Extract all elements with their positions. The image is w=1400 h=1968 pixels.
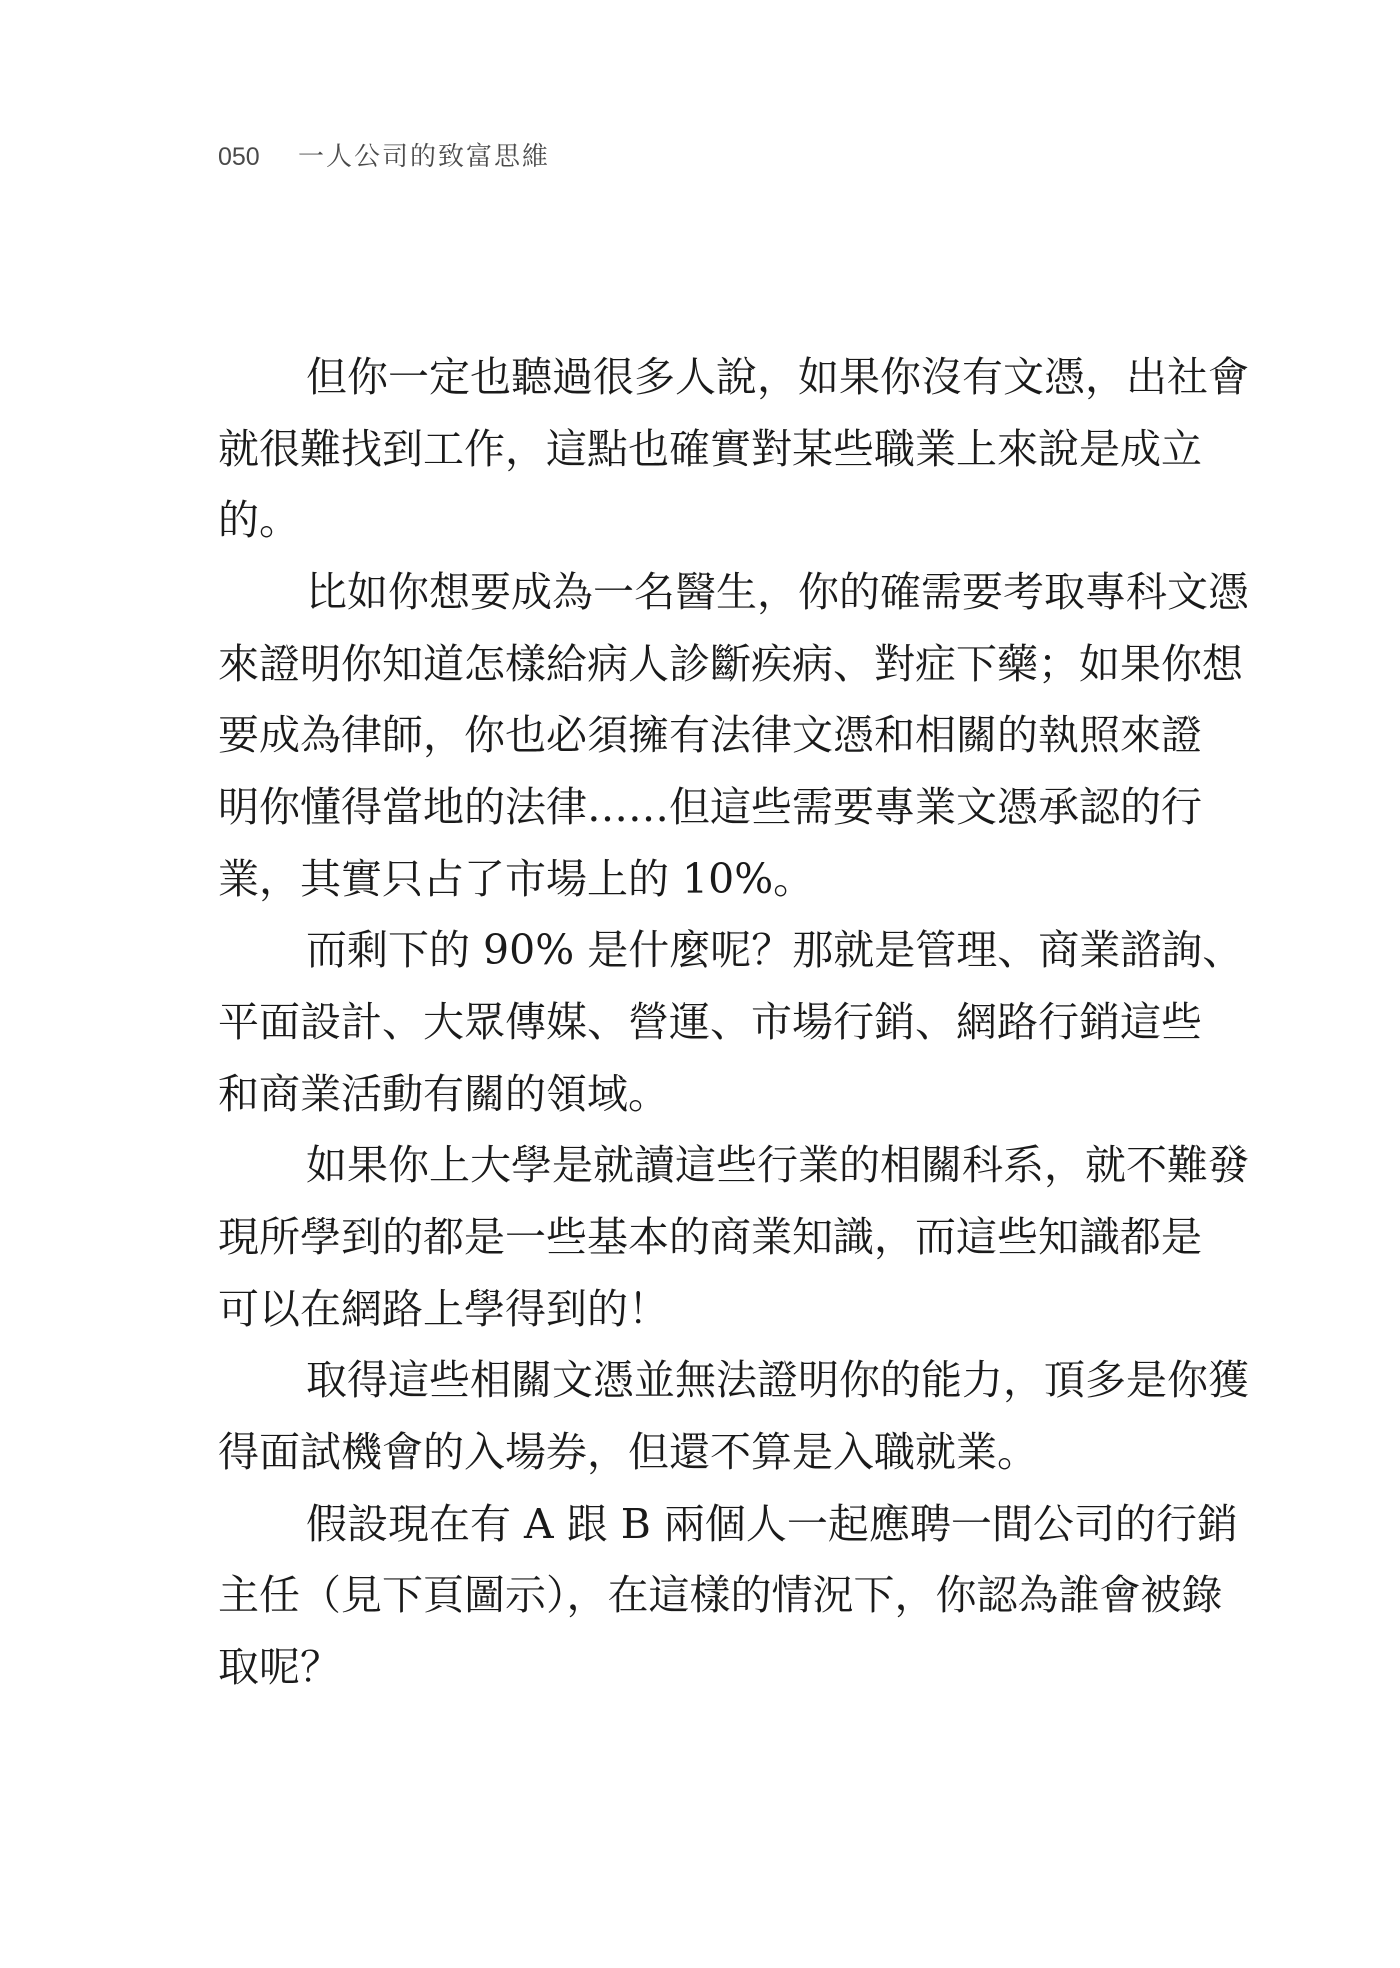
text-line: 假設現在有 A 跟 B 兩個人一起應聘一間公司的行銷 [218, 1489, 1162, 1561]
paragraph: 假設現在有 A 跟 B 兩個人一起應聘一間公司的行銷 主任（見下頁圖示），在這樣… [218, 1489, 1162, 1704]
text-line: 平面設計、大眾傳媒、營運、市場行銷、網路行銷這些 [218, 987, 1162, 1059]
body-text: 但你一定也聽過很多人說，如果你沒有文憑，出社會 就很難找到工作，這點也確實對某些… [218, 342, 1162, 1703]
text-line: 明你懂得當地的法律……但這些需要專業文憑承認的行 [218, 772, 1162, 844]
paragraph: 如果你上大學是就讀這些行業的相關科系，就不難發 現所學到的都是一些基本的商業知識… [218, 1130, 1162, 1345]
text-line: 取得這些相關文憑並無法證明你的能力，頂多是你獲 [218, 1345, 1162, 1417]
text-line: 和商業活動有關的領域。 [218, 1059, 1162, 1131]
book-title: 一人公司的致富思維 [298, 141, 550, 173]
page-number: 050 [218, 141, 260, 173]
text-line: 如果你上大學是就讀這些行業的相關科系，就不難發 [218, 1130, 1162, 1202]
text-line: 要成為律師，你也必須擁有法律文憑和相關的執照來證 [218, 700, 1162, 772]
running-head: 050 一人公司的致富思維 [218, 141, 550, 173]
text-line: 可以在網路上學得到的！ [218, 1274, 1162, 1346]
paragraph: 但你一定也聽過很多人說，如果你沒有文憑，出社會 就很難找到工作，這點也確實對某些… [218, 342, 1162, 557]
text-line: 而剩下的 90% 是什麼呢？那就是管理、商業諮詢、 [218, 915, 1162, 987]
text-line: 的。 [218, 485, 1162, 557]
book-page: 050 一人公司的致富思維 但你一定也聽過很多人說，如果你沒有文憑，出社會 就很… [0, 0, 1400, 1968]
text-line: 取呢？ [218, 1632, 1162, 1704]
paragraph: 比如你想要成為一名醫生，你的確需要考取專科文憑 來證明你知道怎樣給病人診斷疾病、… [218, 557, 1162, 915]
paragraph: 而剩下的 90% 是什麼呢？那就是管理、商業諮詢、 平面設計、大眾傳媒、營運、市… [218, 915, 1162, 1130]
text-line: 得面試機會的入場券，但還不算是入職就業。 [218, 1417, 1162, 1489]
text-line: 但你一定也聽過很多人說，如果你沒有文憑，出社會 [218, 342, 1162, 414]
text-line: 比如你想要成為一名醫生，你的確需要考取專科文憑 [218, 557, 1162, 629]
text-line: 主任（見下頁圖示），在這樣的情況下，你認為誰會被錄 [218, 1560, 1162, 1632]
text-line: 就很難找到工作，這點也確實對某些職業上來說是成立 [218, 414, 1162, 486]
text-line: 來證明你知道怎樣給病人診斷疾病、對症下藥；如果你想 [218, 629, 1162, 701]
text-line: 現所學到的都是一些基本的商業知識，而這些知識都是 [218, 1202, 1162, 1274]
paragraph: 取得這些相關文憑並無法證明你的能力，頂多是你獲 得面試機會的入場券，但還不算是入… [218, 1345, 1162, 1488]
text-line: 業，其實只占了市場上的 10%。 [218, 844, 1162, 916]
